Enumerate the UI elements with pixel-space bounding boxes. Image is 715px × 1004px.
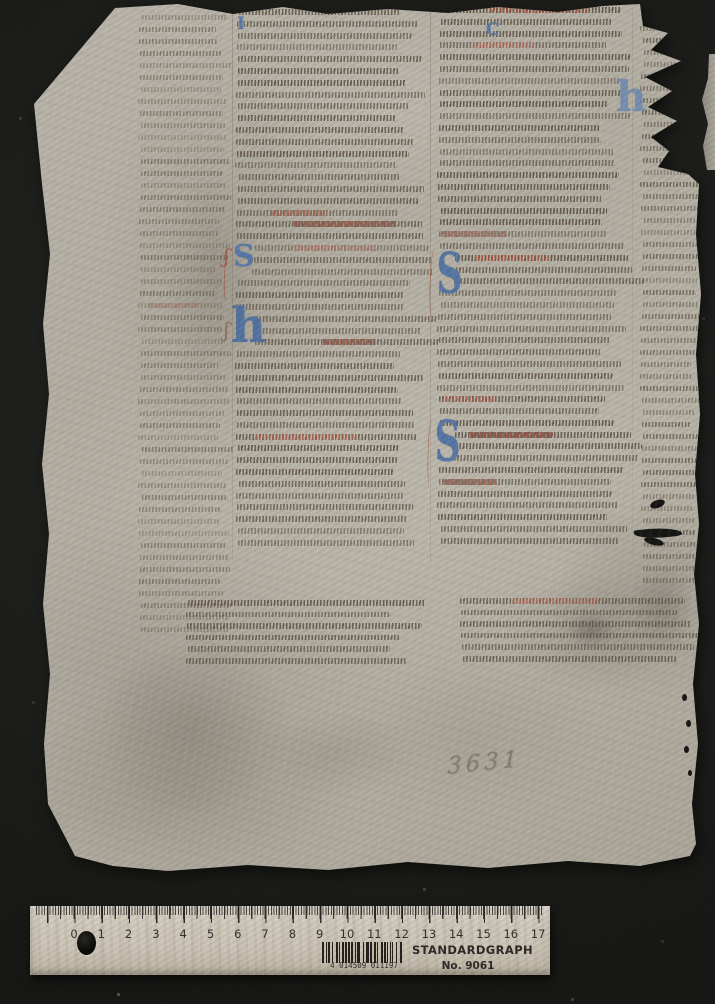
script-line xyxy=(641,230,700,235)
script-line xyxy=(643,554,699,559)
ruler-number: 1 xyxy=(98,927,105,941)
script-line xyxy=(440,219,603,225)
script-line xyxy=(141,171,223,176)
main-text-column-right xyxy=(437,7,629,550)
script-line xyxy=(441,19,612,25)
script-line xyxy=(643,434,700,439)
script-line xyxy=(456,267,632,273)
script-line xyxy=(237,410,414,416)
illuminated-initial-i: I xyxy=(237,16,245,33)
script-line xyxy=(138,303,223,308)
paraph-mark: ʃ xyxy=(222,318,232,343)
barcode-bar xyxy=(384,942,386,963)
script-line xyxy=(236,304,403,310)
script-line xyxy=(643,410,695,415)
barcode-bar xyxy=(322,942,324,963)
script-line xyxy=(141,363,218,368)
script-line xyxy=(641,338,700,343)
ruler-halfcm-ticks xyxy=(60,906,544,919)
ruler-number: 17 xyxy=(531,927,546,941)
illuminated-initial-s: S xyxy=(233,242,255,272)
script-line xyxy=(186,635,399,641)
script-line xyxy=(141,87,221,92)
parchment-tear xyxy=(643,536,664,548)
script-line xyxy=(643,494,694,499)
left-gloss-column xyxy=(138,15,230,639)
script-line xyxy=(141,267,217,272)
ruler-number: 12 xyxy=(394,927,409,941)
script-line xyxy=(141,351,231,356)
barcode-bar xyxy=(396,942,397,963)
script-line xyxy=(440,7,621,13)
rubric-segment xyxy=(271,210,325,216)
script-line xyxy=(186,612,391,618)
rubric-segment xyxy=(513,598,597,604)
column-ruling-left xyxy=(232,6,233,562)
script-line xyxy=(186,658,407,664)
script-line xyxy=(641,482,695,487)
rubric-segment xyxy=(490,7,588,13)
script-line xyxy=(139,591,223,596)
script-line xyxy=(641,506,694,511)
script-line xyxy=(237,233,423,239)
ruler-number: 14 xyxy=(449,927,464,941)
script-line xyxy=(138,483,226,488)
barcode-bar xyxy=(351,942,353,963)
illuminated-initial-h-margin: h xyxy=(616,76,647,118)
illuminated-initial-h: h xyxy=(231,302,266,350)
ruler-brand-name: STANDARDGRAPH xyxy=(412,943,524,957)
barcode-bar xyxy=(370,942,372,963)
ruler-model-number: No. 9061 xyxy=(412,960,524,972)
script-line xyxy=(642,446,700,451)
script-line xyxy=(640,98,690,103)
script-line xyxy=(238,528,404,534)
script-line xyxy=(641,14,693,19)
barcode-bar xyxy=(387,942,388,963)
script-line xyxy=(142,495,228,500)
script-line xyxy=(438,184,611,190)
main-text-column-left xyxy=(235,9,425,552)
script-line xyxy=(141,315,224,320)
rubric-segment xyxy=(323,339,375,345)
script-line xyxy=(643,278,697,283)
script-line xyxy=(237,351,401,357)
script-line xyxy=(644,218,699,223)
ruler-number: 15 xyxy=(476,927,491,941)
barcode-bar xyxy=(355,942,356,963)
script-line xyxy=(438,196,601,202)
script-line xyxy=(238,198,419,204)
script-line xyxy=(188,646,390,652)
script-line xyxy=(139,579,220,584)
script-line xyxy=(140,231,219,236)
rubric-segment xyxy=(444,479,497,485)
script-line xyxy=(460,621,690,627)
script-line xyxy=(463,656,676,662)
script-line xyxy=(237,422,414,428)
script-line xyxy=(640,530,696,535)
script-line xyxy=(140,207,226,212)
script-line xyxy=(141,255,228,260)
script-line xyxy=(140,423,220,428)
script-line xyxy=(140,243,230,248)
script-line xyxy=(139,27,216,32)
script-line xyxy=(236,221,422,227)
script-line xyxy=(236,292,403,298)
script-line xyxy=(140,459,229,464)
script-line xyxy=(253,316,439,322)
script-line xyxy=(236,92,425,98)
barcode-bar xyxy=(366,942,369,963)
script-line xyxy=(237,44,397,50)
script-line xyxy=(142,471,223,476)
script-line xyxy=(236,493,403,499)
script-line xyxy=(439,337,609,343)
script-line xyxy=(235,363,393,369)
script-line xyxy=(237,151,409,157)
script-line xyxy=(642,458,699,463)
barcode-bar xyxy=(381,942,383,963)
script-line xyxy=(640,86,692,91)
script-line xyxy=(140,75,223,80)
script-line xyxy=(439,137,601,143)
script-line xyxy=(141,627,229,632)
script-line xyxy=(255,339,440,345)
script-line xyxy=(441,302,614,308)
script-line xyxy=(643,242,699,247)
illuminated-initial-c: C xyxy=(486,22,500,39)
barcode-bar xyxy=(339,942,340,963)
script-line xyxy=(437,172,619,178)
script-line xyxy=(455,432,631,438)
bottom-addition-left xyxy=(185,600,427,670)
rubric-segment xyxy=(473,42,536,48)
script-line xyxy=(439,479,611,485)
script-line xyxy=(140,567,230,572)
pencil-inscription: 3631 xyxy=(447,746,521,780)
stitch-hole xyxy=(684,746,689,753)
script-line xyxy=(643,158,693,163)
stitch-hole xyxy=(686,720,691,727)
ruler-number: 11 xyxy=(367,927,382,941)
script-line xyxy=(236,469,393,475)
script-line xyxy=(441,538,620,544)
script-line xyxy=(643,518,696,523)
script-line xyxy=(140,555,229,560)
rubric-segment xyxy=(256,434,358,440)
ruler-mm-ticks xyxy=(36,906,542,915)
photograph-stage: I S h C S S h ʃ ʃ 3631 012345678 xyxy=(0,0,715,1004)
script-line xyxy=(454,455,638,461)
parchment-surface: I S h C S S h ʃ ʃ 3631 xyxy=(28,4,708,876)
paraph-mark: ʃ xyxy=(222,244,232,269)
script-line xyxy=(252,269,433,275)
script-line xyxy=(643,194,702,199)
script-line xyxy=(641,206,701,211)
script-line xyxy=(438,361,621,367)
ruler-number: 2 xyxy=(125,927,132,941)
ruler-number: 7 xyxy=(261,927,268,941)
ruler-number: 5 xyxy=(207,927,214,941)
script-line xyxy=(644,62,703,67)
script-line xyxy=(640,146,696,151)
script-line xyxy=(440,160,615,166)
script-line xyxy=(440,66,629,72)
script-line xyxy=(254,257,431,263)
script-line xyxy=(142,447,233,452)
script-line xyxy=(141,159,229,164)
script-line xyxy=(238,280,410,286)
script-line xyxy=(138,435,218,440)
script-line xyxy=(441,526,627,532)
script-line xyxy=(643,290,696,295)
ruler-number: 16 xyxy=(503,927,518,941)
script-line xyxy=(140,111,223,116)
script-line xyxy=(139,219,219,224)
script-line xyxy=(138,327,221,332)
column-ruling-right xyxy=(632,8,633,560)
script-line xyxy=(237,504,413,510)
script-line xyxy=(440,149,613,155)
rubric-segment xyxy=(295,245,373,251)
script-line xyxy=(237,398,402,404)
script-line xyxy=(141,603,231,608)
script-line xyxy=(239,9,399,15)
script-line xyxy=(437,502,618,508)
script-line xyxy=(140,63,231,68)
script-line xyxy=(236,387,398,393)
script-line xyxy=(643,566,695,571)
script-line xyxy=(238,186,424,192)
barcode-bar xyxy=(326,942,327,963)
script-line xyxy=(439,396,606,402)
barcode-bar xyxy=(332,942,333,963)
script-line xyxy=(187,623,421,629)
script-line xyxy=(140,615,229,620)
backdrop-dust-specks xyxy=(0,0,1,1)
script-line xyxy=(643,470,701,475)
script-line xyxy=(643,254,703,259)
barcode-number: 4 014509 011197 xyxy=(316,961,412,970)
script-line xyxy=(142,339,225,344)
script-line xyxy=(253,328,421,334)
right-gloss-column xyxy=(640,14,700,590)
ruler-number: 8 xyxy=(289,927,296,941)
script-line xyxy=(640,350,697,355)
script-line xyxy=(438,514,607,520)
script-line xyxy=(139,507,220,512)
ruler-number: 4 xyxy=(180,927,187,941)
script-line xyxy=(238,103,408,109)
script-line xyxy=(461,610,677,616)
bottom-addition-right xyxy=(460,598,706,668)
ruler-number: 13 xyxy=(422,927,437,941)
script-line xyxy=(440,90,621,96)
script-line xyxy=(642,314,699,319)
script-line xyxy=(440,408,599,414)
parchment-tear xyxy=(634,526,683,541)
rubric-segment xyxy=(470,432,552,438)
script-line xyxy=(440,101,607,107)
script-line xyxy=(644,542,700,547)
script-line xyxy=(438,491,612,497)
script-line xyxy=(439,467,623,473)
ruler-number: 10 xyxy=(340,927,355,941)
barcode-bar xyxy=(348,942,350,963)
script-line xyxy=(643,578,701,583)
column-ruling-middle xyxy=(430,6,431,562)
script-line xyxy=(141,123,227,128)
script-line xyxy=(439,290,617,296)
ruler-number: 3 xyxy=(152,927,159,941)
stitch-hole xyxy=(682,694,687,701)
script-line xyxy=(238,68,397,74)
script-line xyxy=(641,74,697,79)
script-line xyxy=(640,26,697,31)
script-line xyxy=(139,531,229,536)
script-line xyxy=(140,291,217,296)
parchment-slit xyxy=(649,499,665,510)
script-line xyxy=(255,245,430,251)
rubric-segment xyxy=(446,396,495,402)
ruler-brand-block: STANDARDGRAPH No. 9061 xyxy=(412,943,524,972)
script-line xyxy=(642,266,696,271)
script-line xyxy=(141,195,231,200)
script-line xyxy=(236,375,423,381)
script-line xyxy=(237,457,397,463)
script-line xyxy=(440,54,631,60)
script-line xyxy=(440,31,621,37)
script-line xyxy=(642,398,701,403)
script-line xyxy=(138,135,227,140)
damp-stain xyxy=(618,544,708,674)
script-line xyxy=(236,139,415,145)
rubric-segment xyxy=(441,231,505,237)
script-line xyxy=(238,33,412,39)
script-line xyxy=(642,110,698,115)
damp-stain xyxy=(148,124,278,444)
ruler-cm-ticks xyxy=(47,906,545,923)
ruler-number: 9 xyxy=(316,927,323,941)
barcode-bar xyxy=(328,942,330,963)
barcode-bar xyxy=(336,942,338,963)
barcode-bar xyxy=(390,942,391,963)
rubric-segment xyxy=(475,255,549,261)
script-line xyxy=(642,422,691,427)
script-line xyxy=(640,182,698,187)
script-line xyxy=(236,127,403,133)
measuring-ruler: 01234567891011121314151617 4 014509 0111… xyxy=(30,906,550,975)
rubric-segment xyxy=(149,303,199,308)
script-line xyxy=(239,481,405,487)
manuscript-leaf: I S h C S S h ʃ ʃ 3631 xyxy=(28,4,708,876)
script-line xyxy=(140,387,227,392)
script-line xyxy=(437,349,600,355)
script-line xyxy=(644,122,696,127)
script-line xyxy=(142,15,228,20)
script-line xyxy=(643,302,699,307)
script-line xyxy=(239,174,401,180)
stitch-hole xyxy=(688,770,692,776)
damp-stain xyxy=(58,604,328,854)
script-line xyxy=(640,326,700,331)
script-line xyxy=(440,113,631,119)
script-line xyxy=(237,210,398,216)
script-line xyxy=(437,385,624,391)
script-line xyxy=(640,386,698,391)
illuminated-initial-s-lower: S xyxy=(435,413,461,469)
barcode-bar xyxy=(400,942,402,963)
script-line xyxy=(461,633,705,639)
script-line xyxy=(236,434,416,440)
barcode-bar xyxy=(392,942,393,963)
script-line xyxy=(440,42,606,48)
illuminated-initial-s-upper: S xyxy=(437,245,463,301)
script-line xyxy=(439,231,606,237)
script-line xyxy=(138,99,226,104)
script-line xyxy=(441,208,607,214)
barcode xyxy=(322,942,404,963)
script-line xyxy=(238,56,422,62)
script-line xyxy=(455,255,628,261)
script-line xyxy=(440,243,623,249)
script-line xyxy=(454,278,644,284)
script-line xyxy=(643,38,696,43)
script-line xyxy=(439,78,620,84)
script-line xyxy=(640,374,692,379)
script-line xyxy=(462,644,694,650)
script-line xyxy=(460,598,685,604)
script-line xyxy=(140,411,226,416)
script-line xyxy=(140,51,221,56)
script-line xyxy=(644,170,697,175)
script-line xyxy=(453,443,642,449)
script-line xyxy=(188,600,425,606)
barcode-bar xyxy=(345,942,347,963)
script-line xyxy=(438,314,610,320)
ink-smudge xyxy=(556,604,628,656)
script-line xyxy=(141,279,222,284)
script-line xyxy=(141,375,226,380)
barcode-bar xyxy=(363,942,364,963)
script-line xyxy=(237,21,416,27)
barcode-bar xyxy=(357,942,360,963)
script-line xyxy=(641,362,691,367)
script-line xyxy=(141,183,226,188)
script-line xyxy=(642,134,697,139)
rubric-segment xyxy=(294,221,397,227)
script-line xyxy=(440,420,615,426)
script-line xyxy=(238,115,395,121)
barcode-bar xyxy=(342,942,344,963)
script-line xyxy=(439,125,600,131)
script-line xyxy=(138,519,218,524)
barcode-bar xyxy=(377,942,378,963)
ruler-hanging-hole xyxy=(77,931,96,955)
script-line xyxy=(238,540,414,546)
script-line xyxy=(141,543,226,548)
script-line xyxy=(437,326,626,332)
script-line xyxy=(236,516,406,522)
script-line xyxy=(139,39,218,44)
damp-stain xyxy=(228,694,448,814)
script-line xyxy=(138,399,229,404)
script-line xyxy=(439,373,613,379)
barcode-bar xyxy=(374,942,376,963)
script-line xyxy=(644,50,700,55)
script-line xyxy=(238,445,399,451)
